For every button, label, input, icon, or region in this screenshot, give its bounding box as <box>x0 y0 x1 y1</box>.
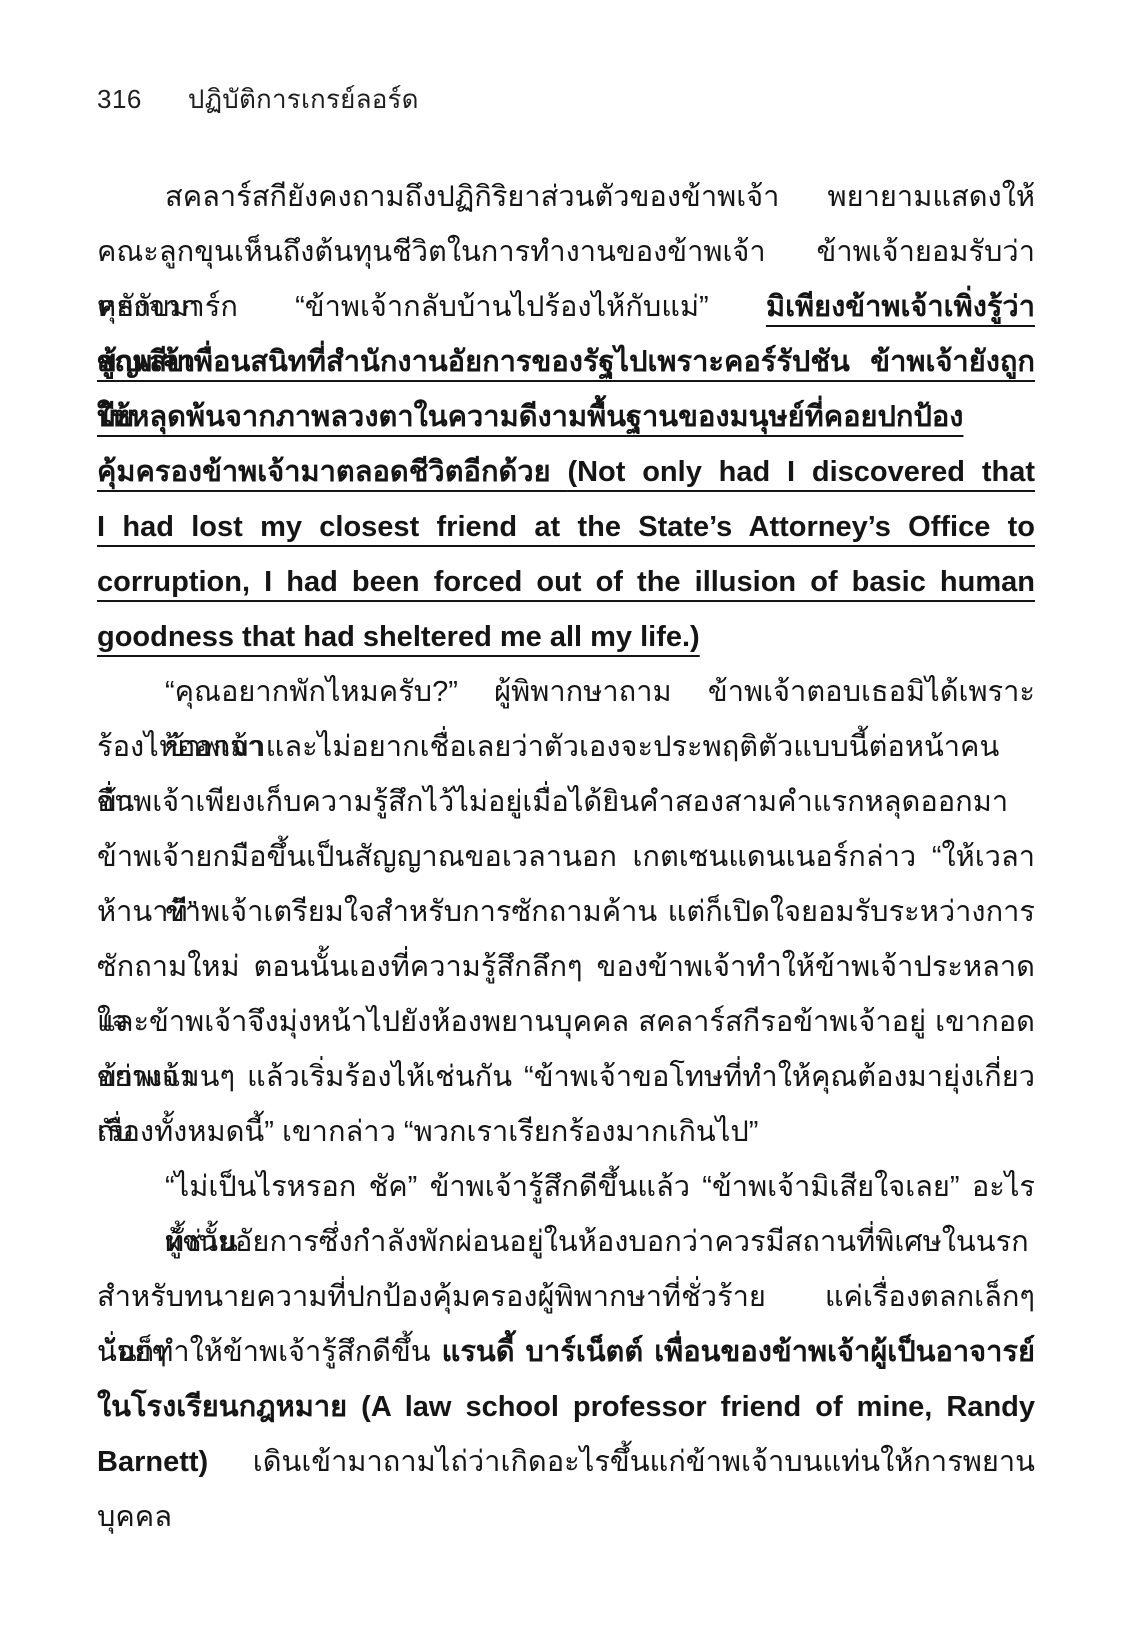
text-run: คุ้มครองข้าพเจ้ามาตลอดชีวิตอีกด้วย <box>97 456 567 488</box>
running-title: ปฏิบัติการเกรย์ลอร์ด <box>188 84 419 114</box>
text-run: (A law school professor friend of mine, … <box>361 1391 1035 1423</box>
text-run: (Not only had I discovered that <box>567 456 1035 488</box>
text-line: ข้าพเจ้ายกมือขึ้นเป็นสัญญาณขอเวลานอก เกต… <box>97 830 1035 885</box>
text-line: ผู้ช่วยอัยการซึ่งกำลังพักผ่อนอยู่ในห้องบ… <box>97 1215 1035 1270</box>
text-run: ผู้ช่วยอัยการซึ่งกำลังพักผ่อนอยู่ในห้องบ… <box>165 1226 1029 1258</box>
text-line: และข้าพเจ้าจึงมุ่งหน้าไปยังห้องพยานบุคคล… <box>97 995 1035 1050</box>
text-line: ซักถามใหม่ ตอนนั้นเองที่ความรู้สึกลึกๆ ข… <box>97 940 1035 995</box>
body-text: สคลาร์สกียังคงถามถึงปฏิกิริยาส่วนตัวของข… <box>97 170 1035 1490</box>
text-line: I had lost my closest friend at the Stat… <box>97 500 1035 555</box>
text-run: ข้าพเจ้าเตรียมใจสำหรับการซักถามค้าน แต่ก… <box>165 896 1035 928</box>
text-line: ข้าพเจ้าเตรียมใจสำหรับการซักถามค้าน แต่ก… <box>97 885 1035 940</box>
text-line: สำหรับทนายความที่ปกป้องคุ้มครองผู้พิพากษ… <box>97 1270 1035 1325</box>
text-line: สคลาร์สกียังคงถามถึงปฏิกิริยาส่วนตัวของข… <box>97 170 1035 225</box>
text-run: แรนดี้ บาร์เน็ตต์ เพื่อนของข้าพเจ้าผู้เป… <box>442 1336 1035 1368</box>
book-page: 316 ปฏิบัติการเกรย์ลอร์ด สคลาร์สกียังคงถ… <box>0 0 1126 1638</box>
text-line: คุ้มครองข้าพเจ้ามาตลอดชีวิตอีกด้วย (Not … <box>97 445 1035 500</box>
text-run: goodness that had sheltered me all my li… <box>97 621 700 653</box>
text-line: สูญเสียเพื่อนสนิทที่สำนักงานอัยการของรัฐ… <box>97 335 1035 390</box>
text-line: ร้องไห้ออกมาและไม่อยากเชื่อเลยว่าตัวเองจ… <box>97 720 1035 775</box>
text-run: คุยกับมาร์ก “ข้าพเจ้ากลับบ้านไปร้องไห้กั… <box>97 291 766 323</box>
text-run: ในโรงเรียนกฎหมาย <box>97 1391 361 1423</box>
text-run: เรื่องทั้งหมดนี้” เขากล่าว “พวกเราเรียกร… <box>97 1116 758 1148</box>
text-line: คณะลูกขุนเห็นถึงต้นทุนชีวิตในการทำงานของ… <box>97 225 1035 280</box>
text-line: ให้หลุดพ้นจากภาพลวงตาในความดีงามพื้นฐานข… <box>97 390 1035 445</box>
text-run: ข้าพเจ้าเพียงเก็บความรู้สึกไว้ไม่อยู่เมื… <box>97 786 1008 818</box>
text-line: goodness that had sheltered me all my li… <box>97 610 1035 665</box>
page-number: 316 <box>97 84 142 114</box>
text-run: ให้หลุดพ้นจากภาพลวงตาในความดีงามพื้นฐานข… <box>97 401 963 433</box>
text-run: สคลาร์สกียังคงถามถึงปฏิกิริยาส่วนตัวของข… <box>165 181 1035 213</box>
text-run: corruption, I had been forced out of the… <box>97 566 1035 598</box>
text-line: corruption, I had been forced out of the… <box>97 555 1035 610</box>
text-line: “ไม่เป็นไรหรอก ชัค” ข้าพเจ้ารู้สึกดีขึ้น… <box>97 1160 1035 1215</box>
page-header: 316 ปฏิบัติการเกรย์ลอร์ด <box>97 84 1035 114</box>
text-run: I had lost my closest friend at the Stat… <box>97 511 1035 543</box>
text-line: เรื่องทั้งหมดนี้” เขากล่าว “พวกเราเรียกร… <box>97 1105 1035 1160</box>
text-line: “คุณอยากพักไหมครับ?” ผู้พิพากษาถาม ข้าพเ… <box>97 665 1035 720</box>
text-line: คุยกับมาร์ก “ข้าพเจ้ากลับบ้านไปร้องไห้กั… <box>97 280 1035 335</box>
text-line: ข้าพเจ้าเพียงเก็บความรู้สึกไว้ไม่อยู่เมื… <box>97 775 1035 830</box>
text-line: อย่างแมนๆ แล้วเริ่มร้องไห้เช่นกัน “ข้าพเ… <box>97 1050 1035 1105</box>
text-run: นั่นก็ทำให้ข้าพเจ้ารู้สึกดีขึ้น <box>97 1336 442 1368</box>
text-line: นั่นก็ทำให้ข้าพเจ้ารู้สึกดีขึ้น แรนดี้ บ… <box>97 1325 1035 1380</box>
text-line: Barnett) เดินเข้ามาถามไถ่ว่าเกิดอะไรขึ้น… <box>97 1435 1035 1490</box>
text-run: เดินเข้ามาถามไถ่ว่าเกิดอะไรขึ้นแก่ข้าพเจ… <box>97 1446 1035 1533</box>
text-run: Barnett) <box>97 1446 208 1478</box>
text-line: ในโรงเรียนกฎหมาย (A law school professor… <box>97 1380 1035 1435</box>
